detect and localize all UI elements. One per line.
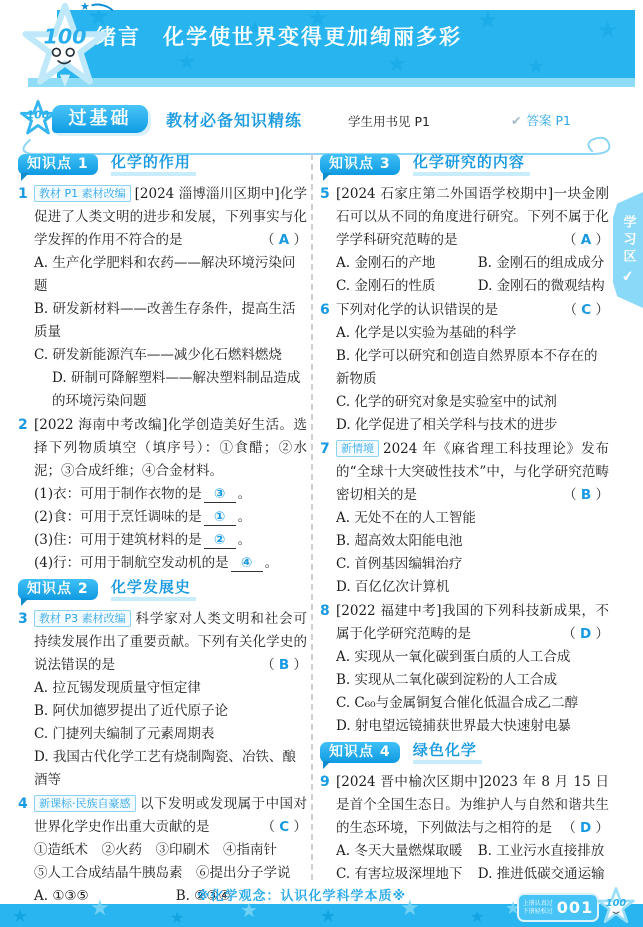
option: D. 射电望远镜捕获世界最大快速射电暴	[336, 715, 609, 738]
option: D. 推进低碳交通运输	[478, 863, 609, 886]
question-3-stem: 教材 P3 素材改编科学家对人类文明和社会可持续发展作出了重要贡献。下列有关化学…	[34, 608, 307, 677]
star-decoration-icon	[177, 50, 197, 75]
question-6-stem: 下列对化学的认识错误的是 C	[336, 299, 609, 322]
question-9-answer: D	[562, 817, 609, 840]
question-9-options: A. 冬天大量燃煤取暖 B. 工业污水直接排放 C. 有害垃圾深埋地下 D. 推…	[336, 840, 609, 886]
question-9-stem: [2024 晋中榆次区期中]2023 年 8 月 15 日是首个全国生态日。为维…	[336, 771, 609, 840]
knowledge-point-4-title: 绿色化学	[413, 740, 482, 764]
chapter-title-text: 化学使世界变得更加绚丽多彩	[163, 25, 462, 49]
question-3-number: 3	[18, 608, 28, 631]
question-6-options: A. 化学是以实验为基础的科学 B. 化学可以研究和创造自然界原本不存在的新物质…	[336, 322, 609, 437]
star-decoration-icon	[387, 52, 407, 77]
question-8-answer: D	[562, 623, 609, 646]
left-column: 知识点 1 化学的作用 1 教材 P1 素材改编[2024 淄博淄川区期中]化学…	[18, 150, 307, 927]
question-2-stem: [2022 海南中考改编]化学创造美好生活。选择下列物质填空（填序号）：①食醋；…	[34, 414, 307, 483]
question-1-number: 1	[18, 183, 28, 206]
fill-blank-item: (3)住：可用于建筑材料的是②。	[34, 529, 307, 552]
option: D. 百亿亿次计算机	[336, 576, 609, 599]
question-2: 2 [2022 海南中考改编]化学创造美好生活。选择下列物质填空（填序号）：①食…	[18, 414, 307, 575]
question-4-stem: 新课标·民族自豪感以下发明或发现属于中国对世界化学史作出重大贡献的是 C	[34, 793, 307, 839]
option: A. 生产化学肥料和农药——解决环境污染问题	[34, 252, 307, 298]
option: D. 金刚石的微观结构	[478, 275, 609, 298]
option: A. 金刚石的产地	[336, 252, 478, 275]
question-8-number: 8	[320, 600, 330, 623]
option: C. C₆₀与金属铜复合催化低温合成乙二醇	[336, 692, 609, 715]
star-decoration-icon	[12, 906, 28, 927]
question-4-answer: C	[261, 816, 307, 839]
source-tag: 教材 P1 素材改编	[34, 185, 131, 202]
section-badge: 过基础	[52, 105, 148, 133]
knowledge-point-1: 知识点 1 化学的作用	[18, 152, 307, 178]
study-zone-label: 学习区	[619, 215, 638, 266]
numbered-line: ①造纸术 ②火药 ③印刷术 ④指南针	[34, 839, 307, 862]
footer-slogan: 上册认真过 下册轻松过	[523, 900, 553, 916]
question-1-stem: 教材 P1 素材改编[2024 淄博淄川区期中]化学促进了人类文明的进步和发展，…	[34, 183, 307, 252]
blank-answer: ①	[204, 510, 236, 526]
option: C. 化学的研究对象是实验室中的试剂	[336, 391, 609, 414]
star-decoration-icon	[477, 10, 499, 34]
option: C. 门捷列夫编制了元素周期表	[34, 723, 307, 746]
page-number-badge: 上册认真过 下册轻松过 001	[517, 893, 599, 922]
question-7-options: A. 无处不在的人工智能 B. 超高效太阳能电池 C. 首例基因编辑治疗 D. …	[336, 507, 609, 599]
option: B. 化学可以研究和创造自然界原本不存在的新物质	[336, 345, 609, 391]
page-number: 001	[557, 898, 593, 917]
option: C. 有害垃圾深埋地下	[336, 863, 478, 886]
section-subtitle: 教材必备知识精练	[166, 108, 302, 131]
option: B. 实现从二氧化碳到淀粉的人工合成	[336, 669, 609, 692]
question-5: 5 [2024 石家庄第二外国语学校期中]一块金刚石可以从不同的角度进行研究。下…	[320, 183, 609, 298]
question-8-stem: [2022 福建中考]我国的下列科技新成果，不属于化学研究范畴的是 D	[336, 600, 609, 646]
blank-answer: ④	[231, 556, 263, 572]
chapter-title: 绪言化学使世界变得更加绚丽多彩	[95, 21, 462, 51]
question-1: 1 教材 P1 素材改编[2024 淄博淄川区期中]化学促进了人类文明的进步和发…	[18, 183, 307, 413]
section-star-icon: 100	[20, 100, 56, 138]
knowledge-point-3-badge: 知识点 3	[320, 154, 400, 175]
column-divider	[311, 154, 313, 880]
question-2-number: 2	[18, 414, 28, 437]
option: D. 化学促进了相关学科与技术的进步	[336, 414, 609, 437]
blank-answer: ②	[204, 533, 236, 549]
star-decoration-icon	[320, 906, 336, 927]
question-4-numbered-lines: ①造纸术 ②火药 ③印刷术 ④指南针 ⑤人工合成结晶牛胰岛素 ⑥提出分子学说	[34, 839, 307, 885]
knowledge-point-2-title: 化学发展史	[111, 577, 196, 601]
question-9-number: 9	[320, 771, 330, 794]
question-1-answer: A	[261, 229, 307, 252]
option: B. 工业污水直接排放	[478, 840, 609, 863]
knowledge-point-3: 知识点 3 化学研究的内容	[320, 152, 609, 178]
question-7: 7 新情境2024 年《麻省理工科技理论》发布的“全球十大突破性技术”中，与化学…	[320, 438, 609, 599]
question-1-options: A. 生产化学肥料和农药——解决环境污染问题 B. 研发新材料——改善生存条件，…	[34, 252, 307, 413]
option: B. 超高效太阳能电池	[336, 530, 609, 553]
option: A. 化学是以实验为基础的科学	[336, 322, 609, 345]
question-5-number: 5	[320, 183, 330, 206]
source-tag: 新情境	[336, 440, 379, 457]
numbered-line: ⑤人工合成结晶牛胰岛素 ⑥提出分子学说	[34, 862, 307, 885]
knowledge-point-3-title: 化学研究的内容	[413, 152, 530, 176]
answer-reference-label: 答案 P1	[527, 113, 571, 128]
footer-star-mascot-icon: 100	[597, 887, 635, 927]
knowledge-point-4-badge: 知识点 4	[320, 742, 400, 763]
question-5-answer: A	[563, 229, 609, 252]
option: C. 研发新能源汽车——减少化石燃料燃烧	[34, 344, 307, 367]
option: A. 无处不在的人工智能	[336, 507, 609, 530]
knowledge-point-4: 知识点 4 绿色化学	[320, 740, 609, 766]
question-6-stem-text: 下列对化学的认识错误的是	[336, 302, 498, 318]
knowledge-point-1-title: 化学的作用	[111, 152, 196, 176]
blank-answer: ③	[204, 487, 236, 503]
study-zone-tab: 学习区	[613, 192, 643, 308]
question-6-answer: C	[563, 299, 609, 322]
right-column: 知识点 3 化学研究的内容 5 [2024 石家庄第二外国语学校期中]一块金刚石…	[320, 150, 609, 887]
option: D. 研制可降解塑料——解决塑料制品造成的环境污染问题	[34, 367, 307, 413]
question-7-number: 7	[320, 438, 330, 461]
question-5-options: A. 金刚石的产地 B. 金刚石的组成成分 C. 金刚石的性质 D. 金刚石的微…	[336, 252, 609, 298]
svg-text:100: 100	[27, 109, 50, 122]
option: B. 研发新材料——改善生存条件，提高生活质量	[34, 298, 307, 344]
question-3-answer: B	[261, 654, 307, 677]
option: C. 首例基因编辑治疗	[336, 553, 609, 576]
star-decoration-icon	[470, 907, 484, 926]
knowledge-point-1-badge: 知识点 1	[18, 154, 98, 175]
question-7-stem: 新情境2024 年《麻省理工科技理论》发布的“全球十大突破性技术”中，与化学研究…	[336, 438, 609, 507]
svg-text:100: 100	[43, 25, 86, 49]
question-8-options: A. 实现从一氧化碳到蛋白质的人工合成 B. 实现从二氧化碳到淀粉的人工合成 C…	[336, 646, 609, 738]
star-decoration-icon	[527, 54, 545, 78]
knowledge-point-2: 知识点 2 化学发展史	[18, 577, 307, 603]
star-decoration-icon	[170, 908, 184, 927]
source-tag: 新课标·民族自豪感	[34, 795, 136, 812]
question-5-stem: [2024 石家庄第二外国语学校期中]一块金刚石可以从不同的角度进行研究。下列不…	[336, 183, 609, 252]
fill-blank-item: (2)食：可用于烹饪调味的是①。	[34, 506, 307, 529]
question-2-items: (1)衣：可用于制作衣物的是③。 (2)食：可用于烹饪调味的是①。 (3)住：可…	[34, 483, 307, 575]
fill-blank-item: (1)衣：可用于制作衣物的是③。	[34, 483, 307, 506]
option: A. 拉瓦锡发现质量守恒定律	[34, 677, 307, 700]
question-6: 6 下列对化学的认识错误的是 C A. 化学是以实验为基础的科学 B. 化学可以…	[320, 299, 609, 437]
question-6-number: 6	[320, 299, 330, 322]
question-3: 3 教材 P3 素材改编科学家对人类文明和社会可持续发展作出了重要贡献。下列有关…	[18, 608, 307, 792]
star-decoration-icon	[597, 16, 619, 44]
option: B. 金刚石的组成成分	[478, 252, 609, 275]
check-icon	[621, 268, 635, 285]
question-8: 8 [2022 福建中考]我国的下列科技新成果，不属于化学研究范畴的是 D A.…	[320, 600, 609, 738]
option: B. 阿伏加德罗提出了近代原子论	[34, 700, 307, 723]
option: A. 冬天大量燃煤取暖	[336, 840, 478, 863]
svg-text:100: 100	[606, 898, 627, 909]
check-icon	[511, 113, 521, 128]
fill-blank-item: (4)行：可用于制航空发动机的是④。	[34, 552, 307, 575]
question-7-answer: B	[563, 484, 609, 507]
question-3-options: A. 拉瓦锡发现质量守恒定律 B. 阿伏加德罗提出了近代原子论 C. 门捷列夫编…	[34, 677, 307, 792]
answer-reference: 答案 P1	[511, 111, 571, 129]
option: D. 我国古代化学工艺有烧制陶瓷、冶铁、酿酒等	[34, 746, 307, 792]
student-book-reference: 学生用书见 P1	[348, 112, 430, 130]
question-9: 9 [2024 晋中榆次区期中]2023 年 8 月 15 日是首个全国生态日。…	[320, 771, 609, 886]
question-4-number: 4	[18, 793, 28, 816]
banner-accent-strip	[28, 78, 635, 87]
footer-note: ※化学观念：认识化学科学本质※	[0, 885, 603, 904]
knowledge-point-2-badge: 知识点 2	[18, 579, 98, 600]
option: C. 金刚石的性质	[336, 275, 478, 298]
option: A. 实现从一氧化碳到蛋白质的人工合成	[336, 646, 609, 669]
source-tag: 教材 P3 素材改编	[34, 610, 131, 627]
section-header: 100 过基础 教材必备知识精练 学生用书见 P1 答案 P1	[18, 104, 629, 138]
